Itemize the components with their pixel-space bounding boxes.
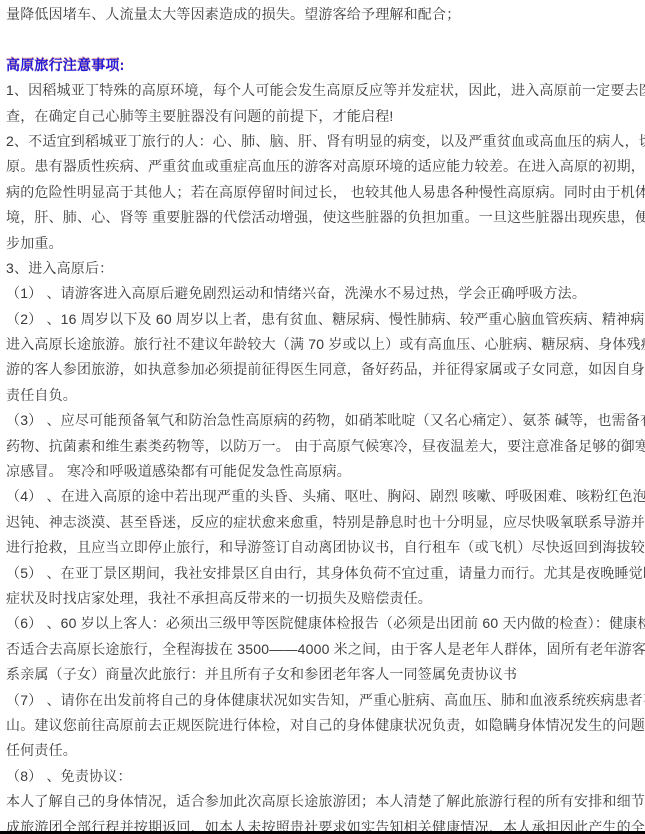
text-line: 否适合去高原长途旅行，全程海拔在 3500——4000 米之间，由于客人是老年人… <box>6 637 645 662</box>
text-line: （2） 、16 周岁以下及 60 周岁以上者，患有贫血、糖尿病、慢性肺病、较严重… <box>6 307 645 332</box>
text-line: （7） 、请你在出发前将自己的身体健康状况如实告知，严重心脏病、高血压、肺和血液… <box>6 688 645 713</box>
text-line: 3、进入高原后： <box>6 256 645 281</box>
text-line: （6） 、60 岁以上客人：必须出三级甲等医院健康体检报告（必须是出团前 60 … <box>6 611 645 636</box>
text-line: 境，肝、肺、心、肾等 重要脏器的代偿活动增强，使这些脏器的负担加重。一旦这些脏器… <box>6 205 645 230</box>
text-line: 本人了解自己的身体情况，适合参加此次高原长途旅游团；本人清楚了解此旅游行程的所有… <box>6 789 645 814</box>
text-line: （4） 、在进入高原的途中若出现严重的头昏、头痛、呕吐、胸闷、剧烈 咳嗽、呼吸困… <box>6 484 645 509</box>
text-line: 药物、抗菌素和维生素类药物等，以防万一。 由于高原气候寒冷，昼夜温差大，要注意准… <box>6 434 645 459</box>
text-line: 病的危险性明显高于其他人；若在高原停留时间过长， 也较其他人易患各种慢性高原病。… <box>6 180 645 205</box>
text-line: （5） 、在亚丁景区期间，我社安排景区自由行，其身体负荷不宜过重，请量力而行。尤… <box>6 561 645 586</box>
text-line: 1、因稻城亚丁特殊的高原环境，每个人可能会发生高原反应等并发症状，因此，进入高原… <box>6 78 645 103</box>
text-line: 任何责任。 <box>6 738 645 763</box>
text-line: 系亲属（子女）商量次此旅行：并且所有子女和参团老年客人一同签属免责协议书 <box>6 662 645 687</box>
section-heading: 高原旅行注意事项: <box>6 53 645 78</box>
document-page: { "page": { "background": "#ffffff", "bo… <box>0 0 645 834</box>
document-body: 量降低因堵车、人流量太大等因素造成的损失。望游客给予理解和配合；高原旅行注意事项… <box>6 2 645 834</box>
text-line: （1） 、请游客进入高原后避免剧烈运动和情绪兴奋，洗澡水不易过热，学会正确呼吸方… <box>6 281 645 306</box>
text-line: 进行抢救，且应当立即停止旅行，和导游签订自动离团协议书，自行租车（或飞机）尽快返… <box>6 535 645 560</box>
text-line: （3） 、应尽可能预备氧气和防治急性高原病的药物，如硝苯吡啶（又名心痛定）、氨茶… <box>6 408 645 433</box>
text-line: 进入高原长途旅游。旅行社不建议年龄较大（满 70 岁或以上）或有高血压、心脏病、… <box>6 332 645 357</box>
text-line: 山。建议您前往高原前去正规医院进行体检，对自己的身体健康状况负责，如隐瞒身体情况… <box>6 713 645 738</box>
text-line: 凉感冒。 寒冷和呼吸道感染都有可能促发急性高原病。 <box>6 459 645 484</box>
text-line: 2、不适宜到稻城亚丁旅行的人：心、肺、脑、肝、肾有明显的病变，以及严重贫血或高血… <box>6 129 645 154</box>
blank-line <box>6 27 645 52</box>
text-line: 查，在确定自己心肺等主要脏器没有问题的前提下，才能启程! <box>6 104 645 129</box>
text-line: （8） 、免责协议： <box>6 764 645 789</box>
text-line: 游的客人参团旅游，如执意参加必须提前征得医生同意，备好药品，并征得家属或子女同意… <box>6 357 645 382</box>
text-line: 症状及时找店家处理，我社不承担高反带来的一切损失及赔偿责任。 <box>6 586 645 611</box>
text-line: 量降低因堵车、人流量太大等因素造成的损失。望游客给予理解和配合； <box>6 2 645 27</box>
text-line: 原。患有器质性疾病、严重贫血或重症高血压的游客对高原环境的适应能力较差。在进入高… <box>6 154 645 179</box>
text-line: 步加重。 <box>6 231 645 256</box>
text-line: 迟钝、神志淡漠、甚至昏迷，反应的症状愈来愈重，特别是静息时也十分明显，应尽快吸氧… <box>6 510 645 535</box>
text-line: 责任自负。 <box>6 383 645 408</box>
